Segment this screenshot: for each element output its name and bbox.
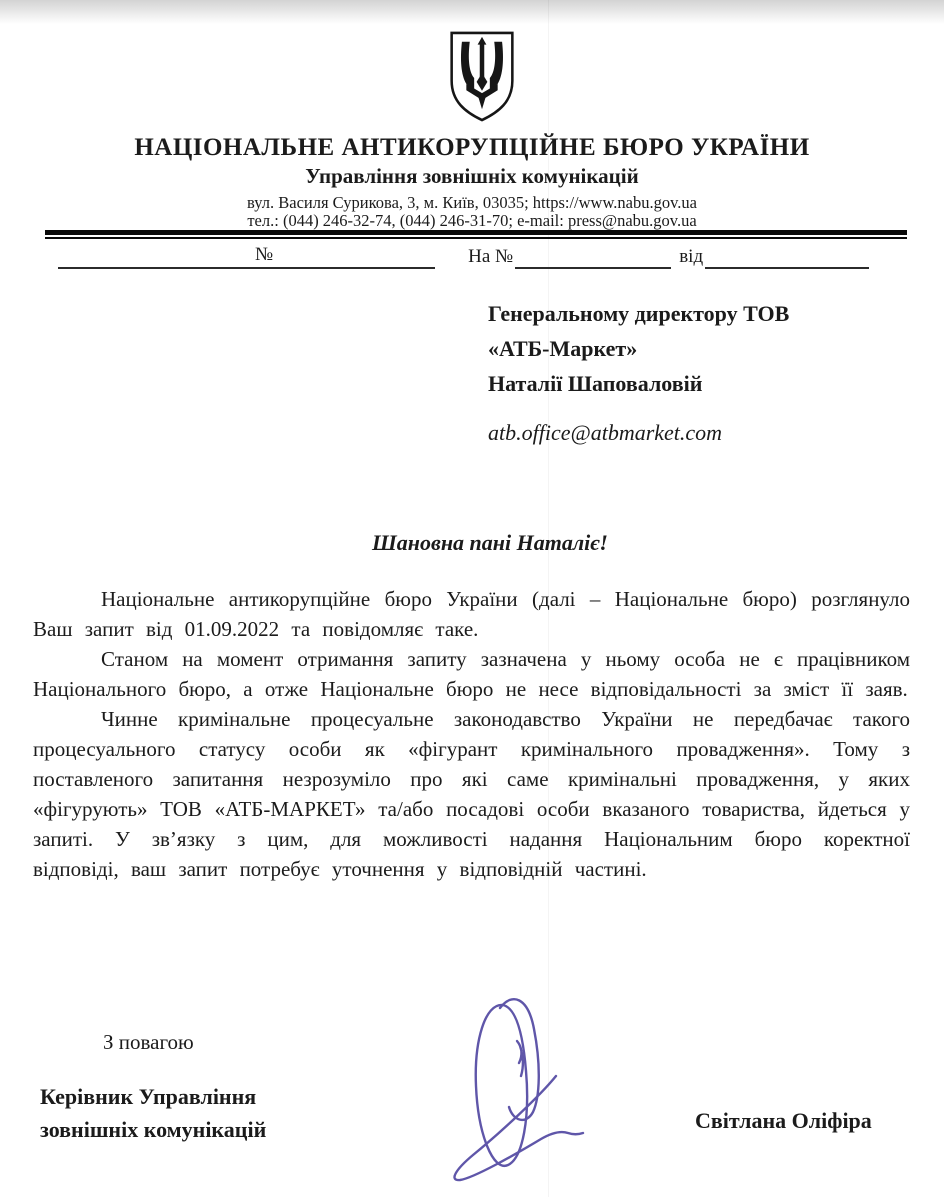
handwritten-signature xyxy=(443,984,615,1197)
recipient-block: Генеральному директору ТОВ «АТБ-Маркет» … xyxy=(488,296,789,401)
incoming-date-label: від xyxy=(677,245,705,269)
outgoing-number-label: № xyxy=(253,243,275,267)
incoming-number-label: На № xyxy=(466,245,515,269)
signer-position-line: Керівник Управління xyxy=(40,1080,266,1113)
address-line: вул. Василя Сурикова, 3, м. Київ, 03035;… xyxy=(0,193,944,213)
scan-edge-shadow xyxy=(0,0,944,24)
contact-line: тел.: (044) 246-32-74, (044) 246-31-70; … xyxy=(0,211,944,231)
recipient-email: atb.office@atbmarket.com xyxy=(488,420,722,446)
signature-strokes xyxy=(454,999,583,1180)
body-paragraph: Станом на момент отримання запиту зазнач… xyxy=(33,644,910,704)
outgoing-number-group: № xyxy=(58,243,435,269)
reference-number-line: № На № від xyxy=(58,243,893,269)
recipient-line: Наталії Шаповаловій xyxy=(488,366,789,401)
incoming-number-blank xyxy=(515,247,671,269)
scanned-letter-page: НАЦІОНАЛЬНЕ АНТИКОРУПЦІЙНЕ БЮРО УКРАЇНИ … xyxy=(0,0,944,1197)
recipient-line: «АТБ-Маркет» xyxy=(488,331,789,366)
closing-respectfully: З повагою xyxy=(103,1030,194,1055)
signer-position: Керівник Управління зовнішніх комунікаці… xyxy=(40,1080,266,1146)
letter-body: Національне антикорупційне бюро України … xyxy=(33,584,910,884)
outgoing-date-blank xyxy=(58,247,253,267)
ukraine-trident-emblem-icon xyxy=(447,30,517,123)
letterhead-separator-rule xyxy=(45,230,907,239)
salutation: Шановна пані Наталіє! xyxy=(0,530,944,556)
organization-name: НАЦІОНАЛЬНЕ АНТИКОРУПЦІЙНЕ БЮРО УКРАЇНИ xyxy=(0,134,944,162)
department-name: Управління зовнішніх комунікацій xyxy=(0,164,944,189)
body-paragraph: Чинне кримінальне процесуальне законодав… xyxy=(33,704,910,884)
incoming-date-blank xyxy=(705,247,869,269)
signer-name: Світлана Оліфіра xyxy=(695,1108,872,1134)
signer-position-line: зовнішніх комунікацій xyxy=(40,1113,266,1146)
outgoing-number-blank xyxy=(275,247,435,267)
separator-thin-line xyxy=(45,237,907,239)
separator-thick-line xyxy=(45,230,907,235)
body-paragraph: Національне антикорупційне бюро України … xyxy=(33,584,910,644)
recipient-line: Генеральному директору ТОВ xyxy=(488,296,789,331)
